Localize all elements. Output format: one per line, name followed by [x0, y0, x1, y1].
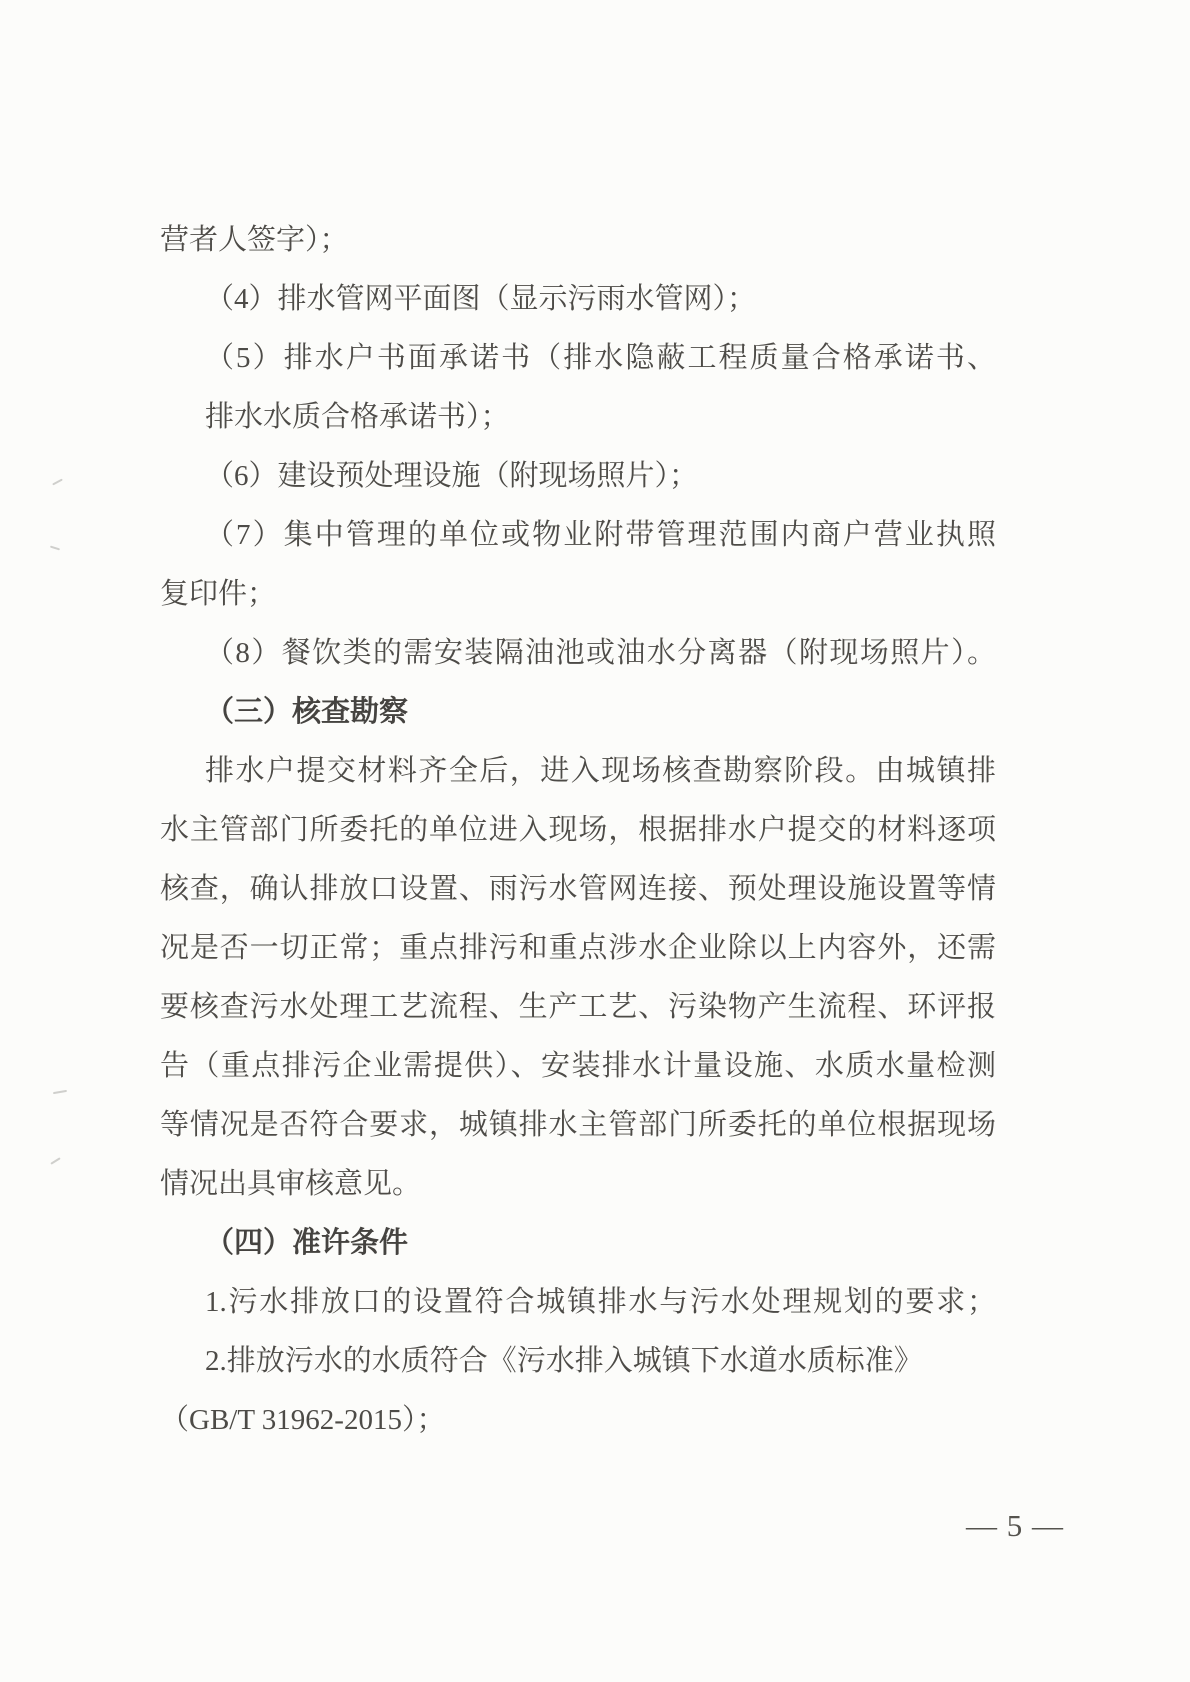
inspection-paragraph-line-7: 等情况是否符合要求，城镇排水主管部门所委托的单位根据现场: [160, 1096, 996, 1155]
page-number: — 5 —: [966, 1506, 1064, 1546]
item-7-line-2: 复印件；: [160, 565, 996, 624]
document-body: 营者人签字）； （4）排水管网平面图（显示污雨水管网）； （5）排水户书面承诺书…: [160, 211, 996, 1450]
item-8-line: （8）餐饮类的需安装隔油池或油水分离器（附现场照片）。: [160, 624, 996, 683]
inspection-paragraph-line-8: 情况出具审核意见。: [160, 1155, 996, 1214]
condition-1-line: 1.污水排放口的设置符合城镇排水与污水处理规划的要求；: [160, 1273, 996, 1332]
inspection-paragraph-line-5: 要核查污水处理工艺流程、生产工艺、污染物产生流程、环评报: [160, 978, 996, 1037]
item-6-line: （6）建设预处理设施（附现场照片）；: [160, 447, 996, 506]
item-7-line-1: （7）集中管理的单位或物业附带管理范围内商户营业执照: [160, 506, 996, 565]
item-4-line: （4）排水管网平面图（显示污雨水管网）；: [160, 270, 996, 329]
continuation-line: 营者人签字）；: [160, 211, 996, 270]
inspection-paragraph-line-1: 排水户提交材料齐全后，进入现场核查勘察阶段。由城镇排: [160, 742, 996, 801]
section-3-heading: （三）核查勘察: [160, 683, 996, 742]
scan-artifact: [52, 479, 63, 486]
scan-artifact: [53, 1090, 67, 1094]
inspection-paragraph-line-6: 告（重点排污企业需提供）、安装排水计量设施、水质水量检测: [160, 1037, 996, 1096]
inspection-paragraph-line-3: 核查，确认排放口设置、雨污水管网连接、预处理设施设置等情: [160, 860, 996, 919]
inspection-paragraph-line-4: 况是否一切正常；重点排污和重点涉水企业除以上内容外，还需: [160, 919, 996, 978]
item-5-line-1: （5）排水户书面承诺书（排水隐蔽工程质量合格承诺书、: [160, 329, 996, 388]
scan-artifact: [50, 1157, 60, 1165]
condition-2-line-2: （GB/T 31962-2015）；: [160, 1391, 996, 1450]
inspection-paragraph-line-2: 水主管部门所委托的单位进入现场，根据排水户提交的材料逐项: [160, 801, 996, 860]
item-5-line-2: 排水水质合格承诺书）；: [160, 388, 996, 447]
scanned-document-page: 营者人签字）； （4）排水管网平面图（显示污雨水管网）； （5）排水户书面承诺书…: [0, 0, 1190, 1682]
scan-artifact: [50, 546, 60, 551]
section-4-heading: （四）准许条件: [160, 1214, 996, 1273]
condition-2-line-1: 2.排放污水的水质符合《污水排入城镇下水道水质标准》: [160, 1332, 996, 1391]
